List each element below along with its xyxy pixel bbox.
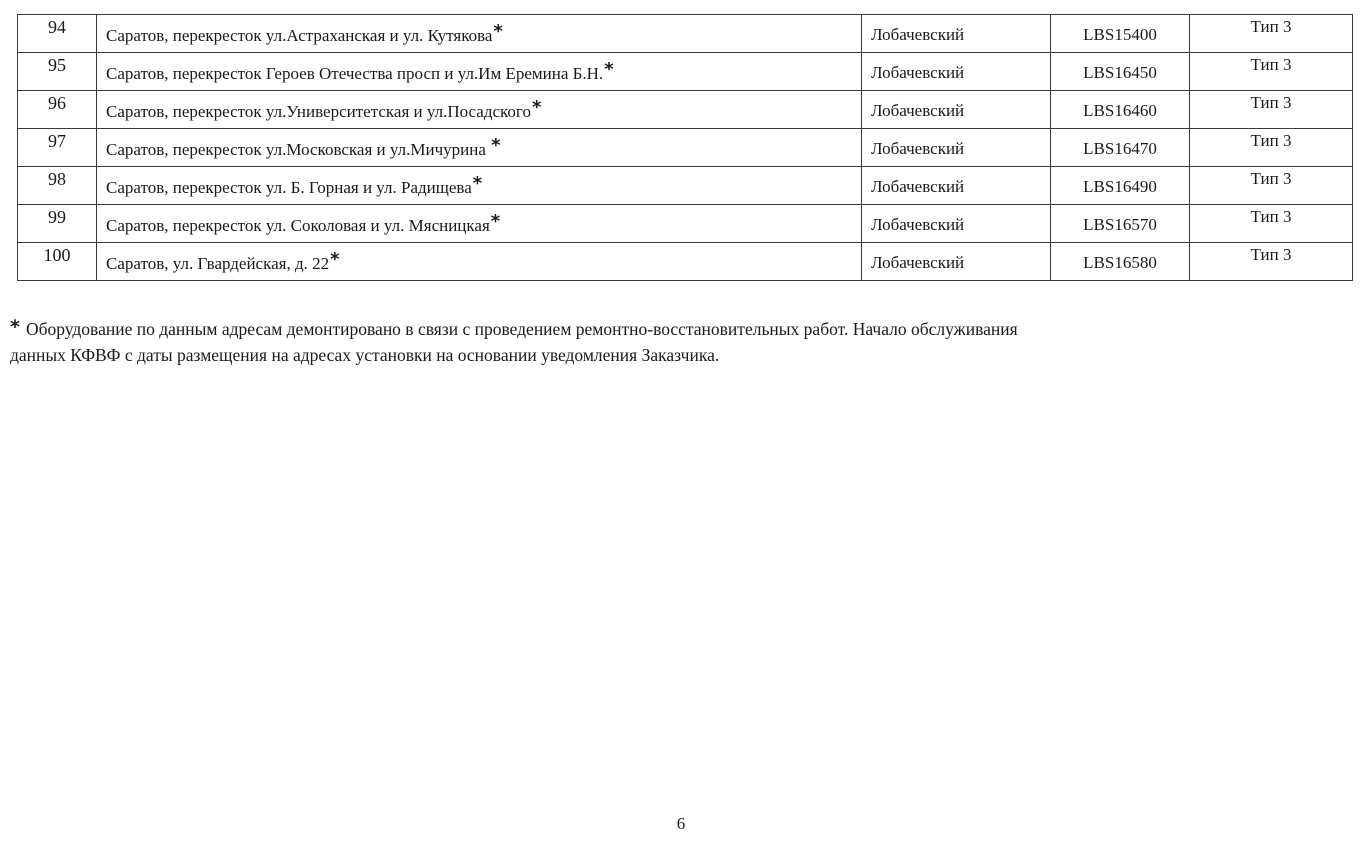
object-code: LBS16450 <box>1051 53 1189 83</box>
asterisk-icon: * <box>10 316 20 338</box>
table-body: 94 Саратов, перекресток ул.Астраханская … <box>18 15 1353 281</box>
type-cell: Тип 3 <box>1190 129 1353 167</box>
type-cell: Тип 3 <box>1190 53 1353 91</box>
type-cell: Тип 3 <box>1190 205 1353 243</box>
table-row: 94 Саратов, перекресток ул.Астраханская … <box>18 15 1353 53</box>
object-name: Лобачевский <box>862 129 1050 159</box>
object-name: Лобачевский <box>862 243 1050 273</box>
object-code: LBS16460 <box>1051 91 1189 121</box>
row-number: 97 <box>18 129 96 152</box>
object-name: Лобачевский <box>862 205 1050 235</box>
code-cell: LBS16460 <box>1051 91 1190 129</box>
asterisk-icon: * <box>604 59 613 80</box>
footnote-line-2: данных КФВФ с даты размещения на адресах… <box>10 342 1310 368</box>
code-cell: LBS15400 <box>1051 15 1190 53</box>
address-text: Саратов, перекресток ул.Московская и ул.… <box>106 140 490 159</box>
row-number: 100 <box>18 243 96 266</box>
footnote: *Оборудование по данным адресам демонтир… <box>10 316 1310 368</box>
asterisk-icon: * <box>491 211 500 232</box>
asterisk-icon: * <box>532 97 541 118</box>
footnote-line-1: *Оборудование по данным адресам демонтир… <box>10 316 1310 342</box>
address-text: Саратов, перекресток ул.Университетская … <box>106 102 531 121</box>
object-name: Лобачевский <box>862 15 1050 45</box>
object-type: Тип 3 <box>1190 15 1352 37</box>
address: Саратов, перекресток Героев Отечества пр… <box>97 53 861 84</box>
page-number: 6 <box>0 814 1362 834</box>
object-name: Лобачевский <box>862 53 1050 83</box>
address-cell: Саратов, перекресток Героев Отечества пр… <box>97 53 862 91</box>
table-row: 97 Саратов, перекресток ул.Московская и … <box>18 129 1353 167</box>
object-type: Тип 3 <box>1190 205 1352 227</box>
code-cell: LBS16450 <box>1051 53 1190 91</box>
type-cell: Тип 3 <box>1190 243 1353 281</box>
address-cell: Саратов, перекресток ул.Астраханская и у… <box>97 15 862 53</box>
footnote-text-1: Оборудование по данным адресам демонтиро… <box>26 319 1018 339</box>
address: Саратов, перекресток ул. Б. Горная и ул.… <box>97 167 861 198</box>
object-type: Тип 3 <box>1190 91 1352 113</box>
address-cell: Саратов, перекресток ул.Университетская … <box>97 91 862 129</box>
row-number-cell: 100 <box>18 243 97 281</box>
row-number: 99 <box>18 205 96 228</box>
address: Саратов, перекресток ул. Соколовая и ул.… <box>97 205 861 236</box>
address: Саратов, перекресток ул.Университетская … <box>97 91 861 122</box>
object-code: LBS16470 <box>1051 129 1189 159</box>
object-code: LBS15400 <box>1051 15 1189 45</box>
name-cell: Лобачевский <box>862 53 1051 91</box>
row-number-cell: 95 <box>18 53 97 91</box>
name-cell: Лобачевский <box>862 129 1051 167</box>
address-cell: Саратов, перекресток ул. Соколовая и ул.… <box>97 205 862 243</box>
object-code: LBS16490 <box>1051 167 1189 197</box>
address-cell: Саратов, перекресток ул.Московская и ул.… <box>97 129 862 167</box>
object-type: Тип 3 <box>1190 167 1352 189</box>
table-row: 100 Саратов, ул. Гвардейская, д. 22* Лоб… <box>18 243 1353 281</box>
address: Саратов, перекресток ул.Астраханская и у… <box>97 15 861 46</box>
address-cell: Саратов, перекресток ул. Б. Горная и ул.… <box>97 167 862 205</box>
code-cell: LBS16470 <box>1051 129 1190 167</box>
asterisk-icon: * <box>493 21 502 42</box>
name-cell: Лобачевский <box>862 167 1051 205</box>
address: Саратов, перекресток ул.Московская и ул.… <box>97 129 861 160</box>
address-text: Саратов, перекресток ул.Астраханская и у… <box>106 26 492 45</box>
table-row: 96 Саратов, перекресток ул.Университетск… <box>18 91 1353 129</box>
type-cell: Тип 3 <box>1190 15 1353 53</box>
row-number-cell: 94 <box>18 15 97 53</box>
address-text: Саратов, перекресток ул. Б. Горная и ул.… <box>106 178 472 197</box>
row-number-cell: 96 <box>18 91 97 129</box>
code-cell: LBS16580 <box>1051 243 1190 281</box>
address-cell: Саратов, ул. Гвардейская, д. 22* <box>97 243 862 281</box>
object-name: Лобачевский <box>862 91 1050 121</box>
object-name: Лобачевский <box>862 167 1050 197</box>
code-cell: LBS16570 <box>1051 205 1190 243</box>
name-cell: Лобачевский <box>862 15 1051 53</box>
type-cell: Тип 3 <box>1190 91 1353 129</box>
table-row: 95 Саратов, перекресток Героев Отечества… <box>18 53 1353 91</box>
row-number-cell: 99 <box>18 205 97 243</box>
row-number: 94 <box>18 15 96 38</box>
name-cell: Лобачевский <box>862 243 1051 281</box>
row-number-cell: 98 <box>18 167 97 205</box>
asterisk-icon: * <box>330 249 339 270</box>
code-cell: LBS16490 <box>1051 167 1190 205</box>
object-type: Тип 3 <box>1190 129 1352 151</box>
row-number-cell: 97 <box>18 129 97 167</box>
row-number: 96 <box>18 91 96 114</box>
type-cell: Тип 3 <box>1190 167 1353 205</box>
address-text: Саратов, ул. Гвардейская, д. 22 <box>106 254 329 273</box>
object-type: Тип 3 <box>1190 243 1352 265</box>
equipment-table: 94 Саратов, перекресток ул.Астраханская … <box>17 14 1353 281</box>
address-text: Саратов, перекресток ул. Соколовая и ул.… <box>106 216 490 235</box>
address: Саратов, ул. Гвардейская, д. 22* <box>97 243 861 274</box>
name-cell: Лобачевский <box>862 205 1051 243</box>
table-row: 99 Саратов, перекресток ул. Соколовая и … <box>18 205 1353 243</box>
address-text: Саратов, перекресток Героев Отечества пр… <box>106 64 603 83</box>
name-cell: Лобачевский <box>862 91 1051 129</box>
row-number: 95 <box>18 53 96 76</box>
object-type: Тип 3 <box>1190 53 1352 75</box>
row-number: 98 <box>18 167 96 190</box>
object-code: LBS16570 <box>1051 205 1189 235</box>
table-row: 98 Саратов, перекресток ул. Б. Горная и … <box>18 167 1353 205</box>
asterisk-icon: * <box>491 135 500 156</box>
asterisk-icon: * <box>473 173 482 194</box>
object-code: LBS16580 <box>1051 243 1189 273</box>
